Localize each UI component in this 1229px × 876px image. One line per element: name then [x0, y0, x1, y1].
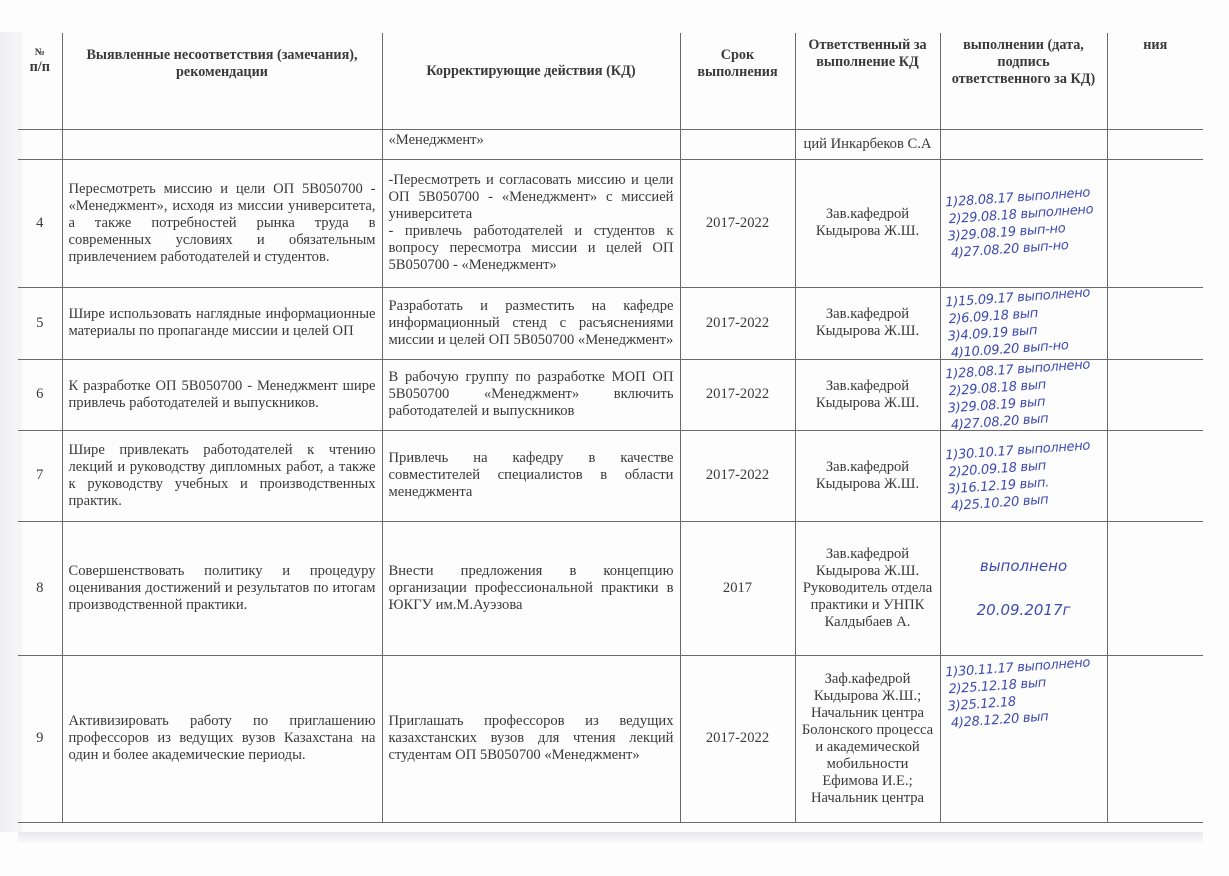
row-finding: Пересмотреть миссию и цели ОП 5В050700 -…	[62, 159, 382, 287]
row-finding: Активизировать работу по приглашению про…	[62, 655, 382, 822]
row-term: 2017-2022	[680, 430, 795, 521]
scanned-page: № п/п Выявленные несоответствия (замечан…	[0, 0, 1229, 876]
header-term: Срок выполнения	[680, 33, 795, 129]
row-num: 5	[18, 287, 62, 359]
row-finding: Шире использовать наглядные информационн…	[62, 287, 382, 359]
row-responsible: Заф.кафедрой Кыдырова Ж.Ш.; Начальник це…	[795, 655, 940, 822]
row-completion-signature: 1)30.10.17 выполнено2)20.09.18 вып3)16.1…	[940, 430, 1107, 521]
handwritten-signature: 1)30.10.17 выполнено2)20.09.18 вып3)16.1…	[944, 437, 1102, 514]
row-completion-signature: 1)15.09.17 выполнено2)6.09.18 вып3)4.09.…	[940, 287, 1107, 359]
row-completion-signature	[940, 129, 1107, 159]
row-action: В рабочую группу по разработке МОП ОП 5В…	[382, 359, 680, 430]
row-action: Внести предложения в концепцию организац…	[382, 521, 680, 655]
row-responsible: Зав.кафедрой Кыдырова Ж.Ш.	[795, 359, 940, 430]
table-row: «Менеджмент» ций Инкарбеков С.А	[18, 129, 1203, 159]
header-findings: Выявленные несоответствия (замечания), р…	[62, 33, 382, 129]
row-action-line: - привлечь работодателей и студентов к в…	[389, 223, 674, 274]
row-action: Разработать и разместить на кафедре инфо…	[382, 287, 680, 359]
header-actions: Корректирующие действия (КД)	[382, 33, 680, 129]
row-note	[1107, 287, 1203, 359]
row-num: 4	[18, 159, 62, 287]
signature-line: 20.09.2017г	[947, 599, 1101, 621]
row-num	[18, 129, 62, 159]
row-term: 2017-2022	[680, 159, 795, 287]
table-row: 7 Шире привлекать работодателей к чтению…	[18, 430, 1203, 521]
row-term: 2017	[680, 521, 795, 655]
row-action-line: -Пересмотреть и согласовать миссию и цел…	[389, 172, 674, 223]
header-num-label: п/п	[24, 59, 56, 76]
row-finding: Совершенствовать политику и процедуру оц…	[62, 521, 382, 655]
row-action: «Менеджмент»	[382, 129, 680, 159]
scan-bottom-edge	[18, 832, 1203, 846]
header-notes: ния	[1107, 33, 1203, 129]
row-responsible: Зав.кафедрой Кыдырова Ж.Ш.	[795, 159, 940, 287]
header-responsible: Ответственный за выполнение КД	[795, 33, 940, 129]
row-finding: Шире привлекать работодателей к чтению л…	[62, 430, 382, 521]
table-row: 9 Активизировать работу по приглашению п…	[18, 655, 1203, 822]
handwritten-signature: 1)28.08.17 выполнено2)29.08.18 выполнено…	[944, 185, 1102, 262]
row-action: Приглашать профессоров из ведущих казахс…	[382, 655, 680, 822]
row-completion-signature: выполнено20.09.2017г	[940, 521, 1107, 655]
row-completion-signature: 1)28.08.17 выполнено2)29.08.18 вып3)29.0…	[940, 359, 1107, 430]
row-term: 2017-2022	[680, 655, 795, 822]
row-num: 6	[18, 359, 62, 430]
row-note	[1107, 655, 1203, 822]
row-note	[1107, 521, 1203, 655]
table-header-row: № п/п Выявленные несоответствия (замечан…	[18, 33, 1203, 129]
row-responsible: Зав.кафедрой Кыдырова Ж.Ш.	[795, 430, 940, 521]
handwritten-signature: 1)28.08.17 выполнено2)29.08.18 вып3)29.0…	[944, 356, 1102, 433]
handwritten-signature: 1)15.09.17 выполнено2)6.09.18 вып3)4.09.…	[944, 285, 1102, 362]
row-note	[1107, 159, 1203, 287]
row-num: 8	[18, 521, 62, 655]
row-note	[1107, 359, 1203, 430]
row-finding: К разработке ОП 5В050700 - Менеджмент ши…	[62, 359, 382, 430]
row-action: Привлечь на кафедру в качестве совместит…	[382, 430, 680, 521]
corrective-actions-table: № п/п Выявленные несоответствия (замечан…	[18, 33, 1203, 823]
table-row: 5 Шире использовать наглядные информацио…	[18, 287, 1203, 359]
row-term: 2017-2022	[680, 287, 795, 359]
signature-line: выполнено	[947, 555, 1101, 577]
row-note	[1107, 430, 1203, 521]
row-num: 7	[18, 430, 62, 521]
row-note	[1107, 129, 1203, 159]
row-responsible: ций Инкарбеков С.А	[795, 129, 940, 159]
row-completion-signature: 1)30.11.17 выполнено2)25.12.18 вып3)25.1…	[940, 655, 1107, 822]
table-row: 4 Пересмотреть миссию и цели ОП 5В050700…	[18, 159, 1203, 287]
header-num-symbol: №	[24, 47, 56, 59]
header-completion: выполнении (дата, подпись ответственного…	[940, 33, 1107, 129]
table-row: 6 К разработке ОП 5В050700 - Менеджмент …	[18, 359, 1203, 430]
row-term	[680, 129, 795, 159]
row-finding	[62, 129, 382, 159]
row-num: 9	[18, 655, 62, 822]
row-term: 2017-2022	[680, 359, 795, 430]
handwritten-signature: 1)30.11.17 выполнено2)25.12.18 вып3)25.1…	[944, 654, 1102, 731]
table-row: 8 Совершенствовать политику и процедуру …	[18, 521, 1203, 655]
row-responsible: Зав.кафедрой Кыдырова Ж.Ш. Руководитель …	[795, 521, 940, 655]
row-action: -Пересмотреть и согласовать миссию и цел…	[382, 159, 680, 287]
handwritten-signature: выполнено20.09.2017г	[947, 555, 1101, 621]
row-completion-signature: 1)28.08.17 выполнено2)29.08.18 выполнено…	[940, 159, 1107, 287]
row-responsible: Зав.кафедрой Кыдырова Ж.Ш.	[795, 287, 940, 359]
header-num: № п/п	[18, 33, 62, 129]
